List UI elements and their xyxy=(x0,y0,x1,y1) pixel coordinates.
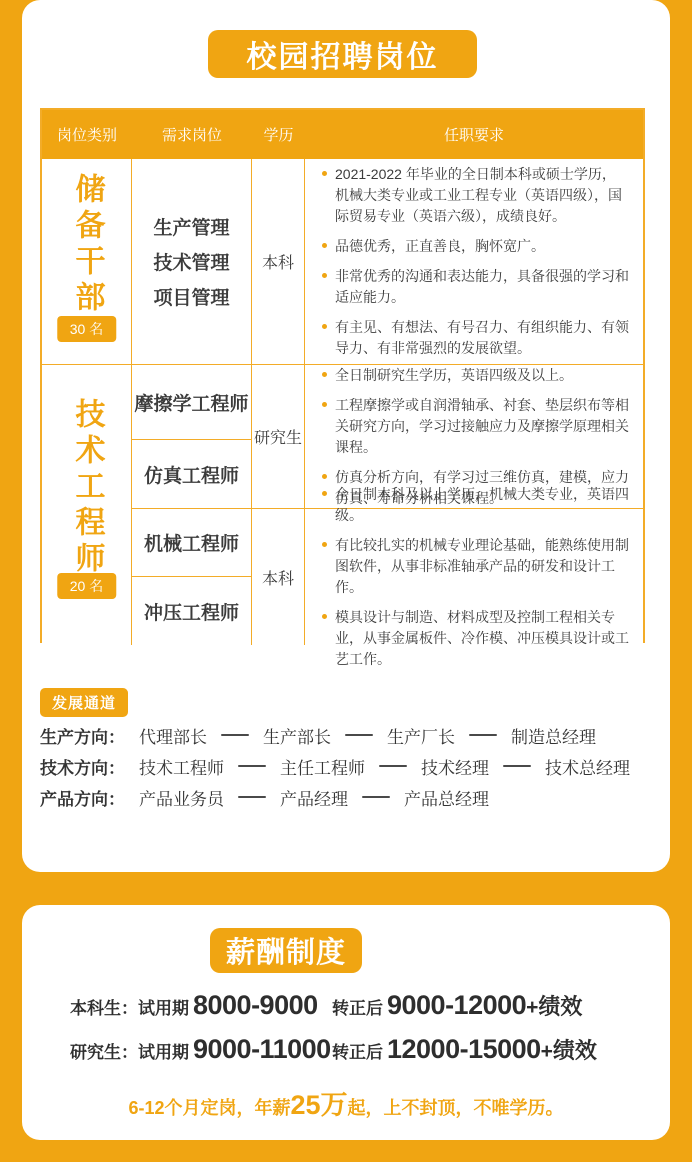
position-label: 生产管理 xyxy=(153,213,229,240)
salary-footnote: 6-12个月定岗，年薪25万起，上不封顶，不唯学历。 xyxy=(22,1083,670,1122)
salary-rows: 本科生： 试用期 8000-9000 转正后 9000-12000 + 绩效 研… xyxy=(70,990,597,1065)
recruitment-title-banner: 校园招聘岗位 xyxy=(208,30,477,78)
path-dash xyxy=(469,734,497,737)
category-label: 储备干部 xyxy=(65,173,109,317)
path-stage: 产品经理 xyxy=(280,785,348,810)
footnote-highlight: 25万 xyxy=(290,1090,347,1120)
recruitment-card: 校园招聘岗位 岗位类别 需求岗位 学历 任职要求 储备干部 30 名 生产管理 … xyxy=(22,0,670,872)
table-header-category: 岗位类别 xyxy=(42,110,132,159)
table-header-requirements: 任职要求 xyxy=(305,110,643,159)
path-stage: 技术总经理 xyxy=(545,754,630,779)
path-technical: 技术方向： 技术工程师 主任工程师 技术经理 技术总经理 xyxy=(40,756,630,776)
requirement-item: 有比较扎实的机械专业理论基础，能熟练使用制图软件，从事非标准轴承产品的研发和设计… xyxy=(319,535,629,598)
path-dash xyxy=(503,765,531,768)
path-dash xyxy=(238,765,266,768)
education-cell: 本科 xyxy=(252,509,305,645)
path-stage: 产品总经理 xyxy=(404,785,489,810)
footnote-pre: 6-12个月定岗，年薪 xyxy=(128,1098,290,1118)
path-stage: 技术经理 xyxy=(421,754,489,779)
positions-cell: 生产管理 技术管理 项目管理 xyxy=(132,159,252,365)
path-stage: 主任工程师 xyxy=(280,754,365,779)
path-dash xyxy=(238,796,266,799)
position-cell-mechanical-engineer: 机械工程师 xyxy=(132,509,252,577)
path-label: 技术方向： xyxy=(40,754,125,779)
requirements-cell: 2021-2022 年毕业的全日制本科或硕士学历，机械大类专业或工业工程专业（英… xyxy=(305,159,643,365)
path-dash xyxy=(379,765,407,768)
path-stage: 代理部长 xyxy=(139,723,207,748)
salary-row-label: 本科生： xyxy=(70,994,138,1019)
regular-label: 转正后 xyxy=(332,1038,383,1063)
salary-title: 薪酬制度 xyxy=(226,930,346,971)
path-label: 产品方向： xyxy=(40,785,125,810)
footnote-post: 起，上不封顶，不唯学历。 xyxy=(348,1098,564,1118)
requirement-item: 全日制本科及以上学历，机械大类专业，英语四级。 xyxy=(319,484,629,526)
path-label: 生产方向： xyxy=(40,723,125,748)
position-label: 仿真工程师 xyxy=(144,461,239,488)
requirement-item: 非常优秀的沟通和表达能力，具备很强的学习和适应能力。 xyxy=(319,266,629,308)
requirement-item: 工程摩擦学或自润滑轴承、衬套、垫层织布等相关研究方向，学习过接触应力及摩擦学原理… xyxy=(319,395,629,458)
recruitment-title: 校园招聘岗位 xyxy=(247,32,439,76)
category-cell-technical-engineer: 技术工程师 20 名 xyxy=(42,365,132,645)
education-cell: 研究生 xyxy=(252,365,305,509)
regular-value: 9000-12000 xyxy=(387,990,526,1021)
probation-label: 试用期 xyxy=(138,994,189,1019)
bonus-plus: + xyxy=(526,996,538,1020)
requirement-item: 2021-2022 年毕业的全日制本科或硕士学历，机械大类专业或工业工程专业（英… xyxy=(319,164,629,227)
path-stage: 技术工程师 xyxy=(139,754,224,779)
headcount-badge: 30 名 xyxy=(57,316,116,342)
bonus-label: 绩效 xyxy=(538,990,582,1021)
bonus-plus: + xyxy=(541,1040,553,1064)
regular-value: 12000-15000 xyxy=(387,1034,541,1065)
development-channel-badge: 发展通道 xyxy=(40,688,128,717)
path-stage: 生产部长 xyxy=(263,723,331,748)
salary-row-label: 研究生： xyxy=(70,1038,138,1063)
position-label: 冲压工程师 xyxy=(144,598,239,625)
requirement-item: 有主见、有想法、有号召力、有组织能力、有领导力、有非常强烈的发展欲望。 xyxy=(319,317,629,359)
path-dash xyxy=(362,796,390,799)
path-stage: 生产厂长 xyxy=(387,723,455,748)
position-label: 摩擦学工程师 xyxy=(134,389,248,416)
table-header-education: 学历 xyxy=(252,110,305,159)
jobs-table: 岗位类别 需求岗位 学历 任职要求 储备干部 30 名 生产管理 技术管理 项目… xyxy=(40,108,645,643)
requirements-cell: 全日制本科及以上学历，机械大类专业，英语四级。 有比较扎实的机械专业理论基础，能… xyxy=(305,509,643,645)
probation-value: 8000-9000 xyxy=(193,990,318,1021)
salary-card: 薪酬制度 本科生： 试用期 8000-9000 转正后 9000-12000 +… xyxy=(22,905,670,1140)
category-label: 技术工程师 xyxy=(65,398,109,578)
path-dash xyxy=(221,734,249,737)
path-stage: 制造总经理 xyxy=(511,723,596,748)
position-cell-tribology-engineer: 摩擦学工程师 xyxy=(132,365,252,440)
path-production: 生产方向： 代理部长 生产部长 生产厂长 制造总经理 xyxy=(40,725,630,745)
requirement-item: 全日制研究生学历，英语四级及以上。 xyxy=(319,365,629,386)
probation-value: 9000-11000 xyxy=(193,1034,331,1065)
probation-label: 试用期 xyxy=(138,1038,189,1063)
category-cell-reserve-cadre: 储备干部 30 名 xyxy=(42,159,132,365)
regular-label: 转正后 xyxy=(332,994,383,1019)
requirement-item: 模具设计与制造、材料成型及控制工程相关专业，从事金属板件、冷作模、冲压模具设计或… xyxy=(319,607,629,670)
path-stage: 产品业务员 xyxy=(139,785,224,810)
headcount-badge: 20 名 xyxy=(57,573,116,599)
table-header-position: 需求岗位 xyxy=(132,110,252,159)
bonus-label: 绩效 xyxy=(553,1034,597,1065)
position-cell-stamping-engineer: 冲压工程师 xyxy=(132,577,252,645)
position-label: 项目管理 xyxy=(153,283,229,310)
salary-row-bachelor: 本科生： 试用期 8000-9000 转正后 9000-12000 + 绩效 xyxy=(70,990,597,1021)
path-product: 产品方向： 产品业务员 产品经理 产品总经理 xyxy=(40,787,630,807)
path-dash xyxy=(345,734,373,737)
salary-row-postgraduate: 研究生： 试用期 9000-11000 转正后 12000-15000 + 绩效 xyxy=(70,1034,597,1065)
development-paths: 生产方向： 代理部长 生产部长 生产厂长 制造总经理 技术方向： 技术工程师 主… xyxy=(40,725,630,807)
requirement-item: 品德优秀，正直善良，胸怀宽广。 xyxy=(319,236,629,257)
position-label: 机械工程师 xyxy=(144,529,239,556)
education-cell: 本科 xyxy=(252,159,305,365)
salary-title-banner: 薪酬制度 xyxy=(210,928,362,973)
position-label: 技术管理 xyxy=(153,248,229,275)
position-cell-simulation-engineer: 仿真工程师 xyxy=(132,440,252,509)
